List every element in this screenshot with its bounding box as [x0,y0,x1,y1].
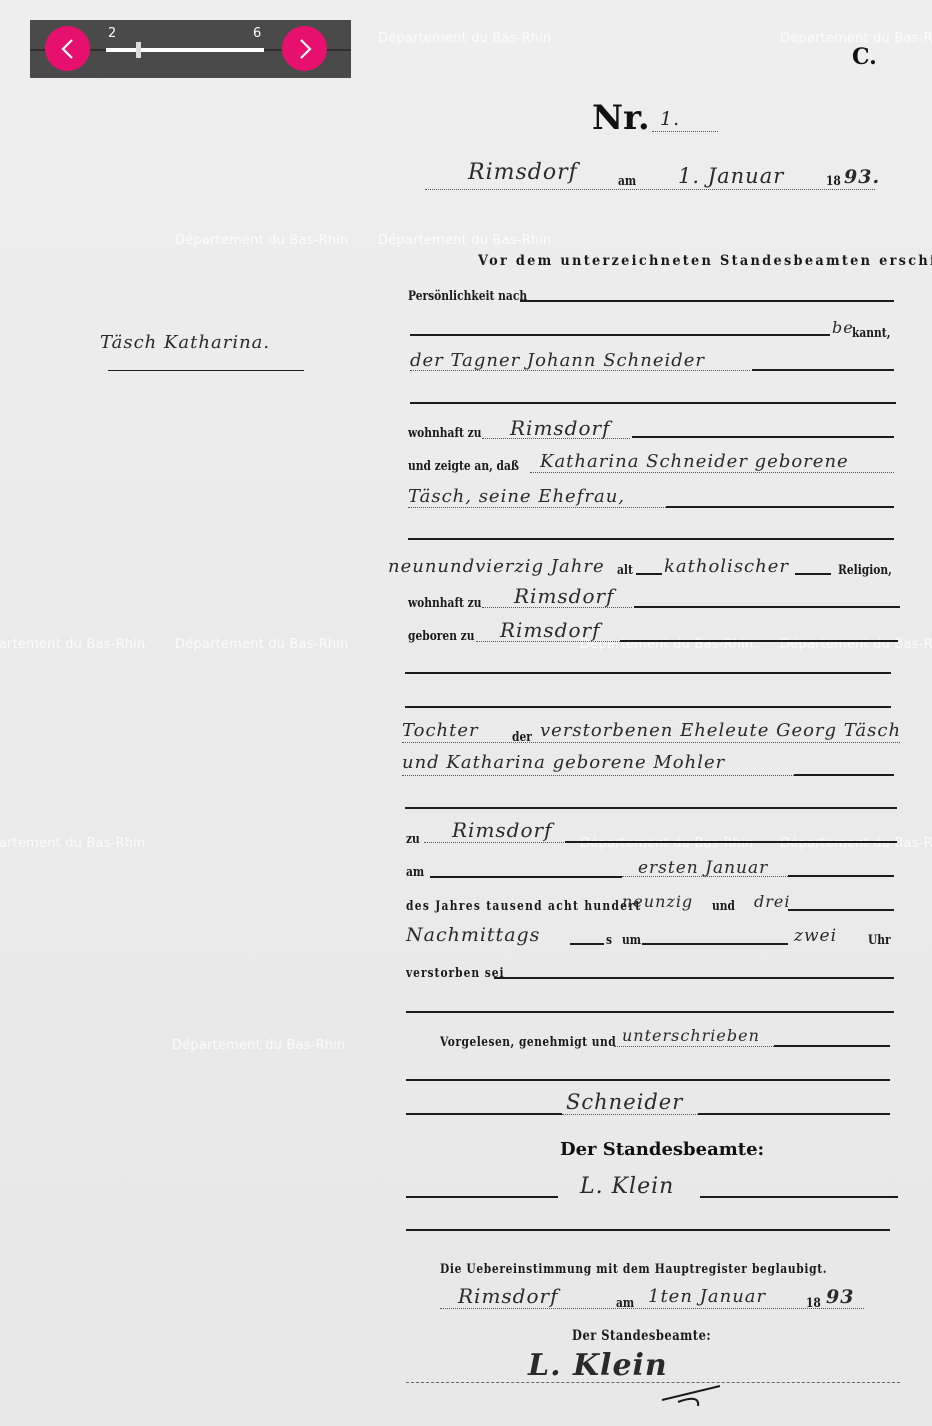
line [774,1045,890,1047]
bekannt-hand: be [832,318,854,337]
zu-value: Rimsdorf [452,818,553,842]
line [406,1011,894,1013]
label-alt: alt [617,563,633,578]
line [788,909,894,911]
certification-year-prefix: 18 [806,1296,821,1311]
deceased-name-line1: Katharina Schneider geborene [540,451,849,472]
line [405,672,891,674]
line [430,876,622,878]
certification-standesbeamte: Der Standesbeamte: [572,1328,711,1344]
label-religion: Religion, [838,563,892,578]
line [406,1229,890,1231]
watermark: Département du Bas-Rhin [0,836,146,851]
header-date: 1. Januar [678,164,784,188]
year-hand-2: drei [754,892,790,911]
label-s: s [606,933,612,948]
age-value: neunundvierzig Jahre [388,556,605,577]
line [405,807,897,809]
header-year-prefix: 18 [826,174,841,189]
chevron-right-icon [296,37,314,61]
line [494,977,894,979]
watermark: Département du Bas-Rhin [175,233,349,248]
vorgelesen-value: unterschrieben [622,1026,760,1045]
image-viewer-toolbar: 2 6 [30,20,351,78]
label-wohnhaft: wohnhaft zu [408,596,481,611]
next-page-button[interactable] [282,26,327,71]
chevron-left-icon [59,37,77,61]
line [570,943,604,945]
line [636,573,662,575]
line [794,774,894,776]
parents-hand-2: verstorbenen Eheleute Georg Täsch [540,720,901,741]
intro-line: Vor dem unterzeichneten Standesbeamten e… [478,253,932,269]
margin-note-underline [108,370,304,371]
parents-line2: und Katharina geborene Mohler [402,752,725,773]
slider-min-label: 2 [108,26,116,41]
line [752,369,894,371]
corner-mark: C. [852,44,877,70]
header-am: am [618,174,636,189]
label-wohnhaft: wohnhaft zu [408,426,481,441]
watermark: Département du Bas-Rhin [780,836,932,851]
line [402,742,900,743]
label-und: und [712,899,735,914]
watermark: Département du Bas-Rhin [378,233,552,248]
label-zeigte-an: und zeigte an, daß [408,459,519,474]
header-place: Rimsdorf [468,160,578,185]
label-zu: zu [406,832,420,847]
line [410,334,830,336]
line [408,507,666,508]
slider-max-label: 6 [253,26,261,41]
line [406,1079,890,1081]
line [562,1114,698,1115]
certification-am: am [616,1296,634,1311]
line [482,438,630,439]
line [795,573,831,575]
line [620,640,898,642]
margin-note: Täsch Katharina. [100,332,270,353]
line [406,1196,558,1198]
line [410,402,896,404]
watermark: Département du Bas-Rhin [175,637,349,652]
certification-signature: L. Klein [528,1348,668,1383]
geboren-value: Rimsdorf [500,618,601,642]
informant-name: der Tagner Johann Schneider [410,350,705,371]
label-geboren: geboren zu [408,629,474,644]
certification-year-suffix: 93 [826,1286,854,1308]
label-am: am [406,865,424,880]
line [410,370,750,371]
watermark: Département du Bas-Rhin [0,637,146,652]
certification-text: Die Uebereinstimmung mit dem Hauptregist… [440,1262,827,1277]
previous-page-button[interactable] [45,26,90,71]
line [614,1046,774,1047]
line [402,775,794,776]
label-verstorben: verstorben sei [406,966,505,981]
label-um: um [622,933,641,948]
year-hand-1: neunzig [622,892,693,911]
line [700,1196,898,1198]
page-slider-thumb[interactable] [136,42,141,58]
line [408,538,894,540]
line [634,606,900,608]
record-number-label: Nr. [592,98,650,138]
line [666,506,894,508]
label-des-jahres: des Jahres tausend acht hundert [406,899,642,914]
certification-date: 1ten Januar [648,1286,766,1307]
am-value: ersten Januar [638,858,768,878]
deceased-name-line2: Täsch, seine Ehefrau, [408,486,625,507]
line [424,842,564,843]
line [632,436,894,438]
line [406,1113,562,1115]
certification-line [440,1308,864,1309]
number-line [652,131,718,132]
line [698,1113,890,1115]
document-page: Département du Bas-Rhin Département du B… [0,0,932,1426]
label-uhr: Uhr [868,933,891,948]
line [788,875,894,877]
page-slider[interactable] [106,48,264,52]
watermark: Département du Bas-Rhin [172,1038,346,1053]
bekannt-print: kannt, [852,326,890,341]
line [482,607,632,608]
line [405,706,891,708]
wohnhaft-value: Rimsdorf [514,584,615,608]
signature-flourish [660,1380,740,1410]
parents-hand-1: Tochter [402,720,479,741]
religion-value: katholischer [664,556,789,577]
line [530,472,894,473]
label-persoenlichkeit: Persönlichkeit nach [408,289,527,304]
line [476,641,620,642]
line [565,841,897,843]
line [642,943,788,945]
line [622,876,788,877]
watermark: Département du Bas-Rhin [580,836,754,851]
certification-place: Rimsdorf [458,1284,559,1308]
wohnhaft-value: Rimsdorf [510,416,611,440]
header-year-suffix: 93. [844,166,880,188]
official-signature: L. Klein [580,1174,674,1199]
time-hour: zwei [794,926,837,946]
standesbeamte-heading: Der Standesbeamte: [560,1139,764,1160]
watermark: Département du Bas-Rhin [378,31,552,46]
informant-signature: Schneider [566,1090,683,1114]
header-dotted-line [425,189,875,190]
time-of-day: Nachmittags [406,924,540,946]
record-number-value: 1. [660,108,680,130]
line [520,300,894,302]
label-vorgelesen: Vorgelesen, genehmigt und [440,1035,616,1050]
